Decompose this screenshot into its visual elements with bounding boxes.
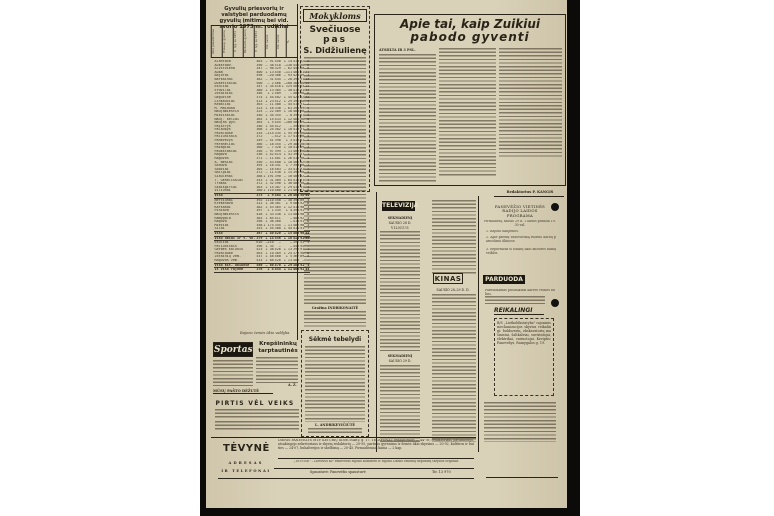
tv-day-2: SEKMADIENĮ xyxy=(380,354,420,358)
sales-logo: PARDUODA xyxy=(483,275,525,284)
table-cell: 380 xyxy=(256,189,263,193)
address-label-2: IR TELEFONAI xyxy=(218,469,274,473)
table-cell: 367 xyxy=(256,231,263,236)
radio-item-1: 1. Rajono naujienos. xyxy=(486,230,556,234)
table-column-header: Vid. svoris xyxy=(265,25,276,58)
table-caption: Rajono žemės ūkio valdyba xyxy=(240,331,289,335)
table-row: Viliūnai380+ 110480+ 21408918 xyxy=(214,189,310,193)
sauna-text-2 xyxy=(215,421,299,432)
sports-text-col2 xyxy=(256,357,298,383)
tv-channel: VILNIUS xyxy=(380,226,420,230)
publisher-text: „TĖVYNĖ" – Lietuvos KP Panevėžio rajono … xyxy=(280,460,472,464)
feature-text-col1 xyxy=(379,54,436,182)
sports-headline-1: Krepšininkų xyxy=(256,341,300,347)
table-row: Iš viso rajone376+ 4454+ 114089144 xyxy=(214,268,310,273)
table-cell: 533 xyxy=(256,259,263,263)
table-cell: 520 xyxy=(274,259,281,263)
success-headline: Sėkmė tebelydi xyxy=(301,336,369,343)
sauna-headline: PIRTIS VĖL VEIKS xyxy=(211,400,299,407)
wanted-text: B/S „Lietkolūkstatyba" rajoninis mechani… xyxy=(497,321,551,345)
feature-text-col3a xyxy=(499,48,562,103)
table-cell: 470 xyxy=(274,263,281,268)
radio-intro: Pirmadienį, sausio 29 d. 1 laidos pradži… xyxy=(484,220,556,227)
table-cell: 420 xyxy=(274,231,281,236)
table-column-header: Ūkio pavadinimas xyxy=(211,25,222,58)
table-cell: 376 xyxy=(256,268,263,273)
tv-date-2: SAUSIO 29 D. xyxy=(380,359,420,363)
sports-text-col1 xyxy=(213,360,253,386)
cinema-date: SAUSIO 28–29 D. D. xyxy=(432,288,474,292)
table-cell: 480 xyxy=(274,189,281,193)
visit-headline-3: S. Didžiulienę xyxy=(300,45,370,55)
table-row: Viso kit. ūkiuose586— 80470+ 29389913 xyxy=(214,263,310,268)
table-cell: + 4 xyxy=(263,268,274,273)
order-number: Tir. 13 970 xyxy=(432,470,451,474)
table-column-headers: Ūkio pavadinimasPrieaug. gyvulių± lyg. s… xyxy=(211,25,297,58)
success-signature: L. ANDRIKEVIČIŪTĖ xyxy=(305,423,365,427)
table-column-header: ± lyg. su 1972 xyxy=(254,25,265,58)
sales-text-continued xyxy=(485,296,545,304)
tv-program-text xyxy=(380,231,420,351)
visit-headline-2: pas xyxy=(300,35,370,45)
cinema-listing-text xyxy=(432,294,476,442)
wanted-headline: REIKALINGI xyxy=(494,307,544,315)
table-column-header: Parduota gyvulių xyxy=(243,25,254,58)
table-cell: 456 xyxy=(274,236,281,241)
table-cell: + 11 xyxy=(281,268,292,273)
school-logo-text: Mokykloms xyxy=(309,11,360,21)
success-signature-note xyxy=(308,428,362,435)
tv-date: SAUSIO 28 D. xyxy=(380,221,420,225)
table-cell: 454 xyxy=(274,268,281,273)
table-row: Viso ūkiai ir t. sk.379+ 14456+ 16410914… xyxy=(214,236,310,241)
table-cell: 484 xyxy=(274,193,281,198)
table-cell: 380 xyxy=(274,227,281,231)
wanted-box: B/S „Lietkolūkstatyba" rajoninis mechani… xyxy=(494,318,554,396)
visit-headline-1: Svečiuose xyxy=(300,25,370,35)
feature-headline-2: pabodo gyventi xyxy=(374,31,566,44)
radio-item-3: 3. Reportažas iš Ėdikių ūkio kultūros na… xyxy=(486,248,556,255)
table-cell: 375 xyxy=(256,193,263,198)
editor-signature: Redaktorius P. KANGIS xyxy=(500,190,560,194)
table-column-header: Vid. svoris xyxy=(276,25,287,58)
sauna-text-1 xyxy=(215,409,299,419)
masthead: TĖVYNĖ xyxy=(223,443,270,454)
print-info: Spaustuvė: Panevėžio spaustuvė xyxy=(310,470,366,474)
radio-item-2: 2. Apie partinį vadovavimą rudens darbų … xyxy=(486,236,556,243)
mail-section-label: MŪSŲ PAŠTO DĖŽUTĖ xyxy=(213,389,273,394)
address-label-1: ADRESAS xyxy=(220,461,272,465)
visit-article-text xyxy=(304,57,366,242)
listings-text xyxy=(484,402,556,442)
feature-dateline: ATSIILTA IR 3 PSL. xyxy=(379,48,416,52)
sports-logo: Sportas xyxy=(213,342,253,357)
tv-logo: TELEVIZIJA xyxy=(382,201,415,211)
table-row: Raguvos žem.533+ 68520+ 13400—— xyxy=(214,259,310,263)
table-cell: + 110 xyxy=(263,189,274,193)
table-column-header: % xyxy=(286,25,297,58)
radio-title: PANEVĖŽIO VIETINĖS RADIJO LAIDOS PROGRAM… xyxy=(482,205,558,218)
tv-program-text-3 xyxy=(432,200,476,274)
feature-text-col2 xyxy=(439,48,496,176)
success-text xyxy=(305,346,365,422)
tv-day: SEKMADIENĮ xyxy=(380,216,420,220)
sports-signature: A. Ž. xyxy=(288,383,297,387)
table-cell: 379 xyxy=(256,236,263,241)
punch-hole xyxy=(551,299,559,307)
sports-headline-2: tarptautinės xyxy=(256,348,300,354)
radio-title-3: PROGRAMA xyxy=(482,214,558,218)
table-cell: 353 xyxy=(256,227,263,231)
table-column-header: ± lyg. su 1972 xyxy=(233,25,244,58)
visit-signature: Gražina INDRIKONAITĖ xyxy=(304,306,366,310)
table-column-header: Prieaug. gyvulių xyxy=(222,25,233,58)
visit-note-text xyxy=(304,311,366,327)
farm-name: Viso ūkiai ir t. sk. xyxy=(214,236,256,241)
school-logo: Mokykloms xyxy=(303,9,367,22)
visit-article-text-continued xyxy=(304,245,366,305)
farm-name: Iš viso rajone xyxy=(214,268,256,273)
tv-program-text-2 xyxy=(380,365,420,443)
cinema-logo: KINAS xyxy=(433,273,463,284)
table-cell: 586 xyxy=(256,263,263,268)
feature-text-col3b xyxy=(499,105,562,157)
address-text: DIENIS PANEVĖŽYS MTP. KETURIŲ KOMUNARŲ g… xyxy=(278,439,474,451)
livestock-table: Alantava403— 91558+ 1441392AAukštadv.390… xyxy=(214,60,310,273)
